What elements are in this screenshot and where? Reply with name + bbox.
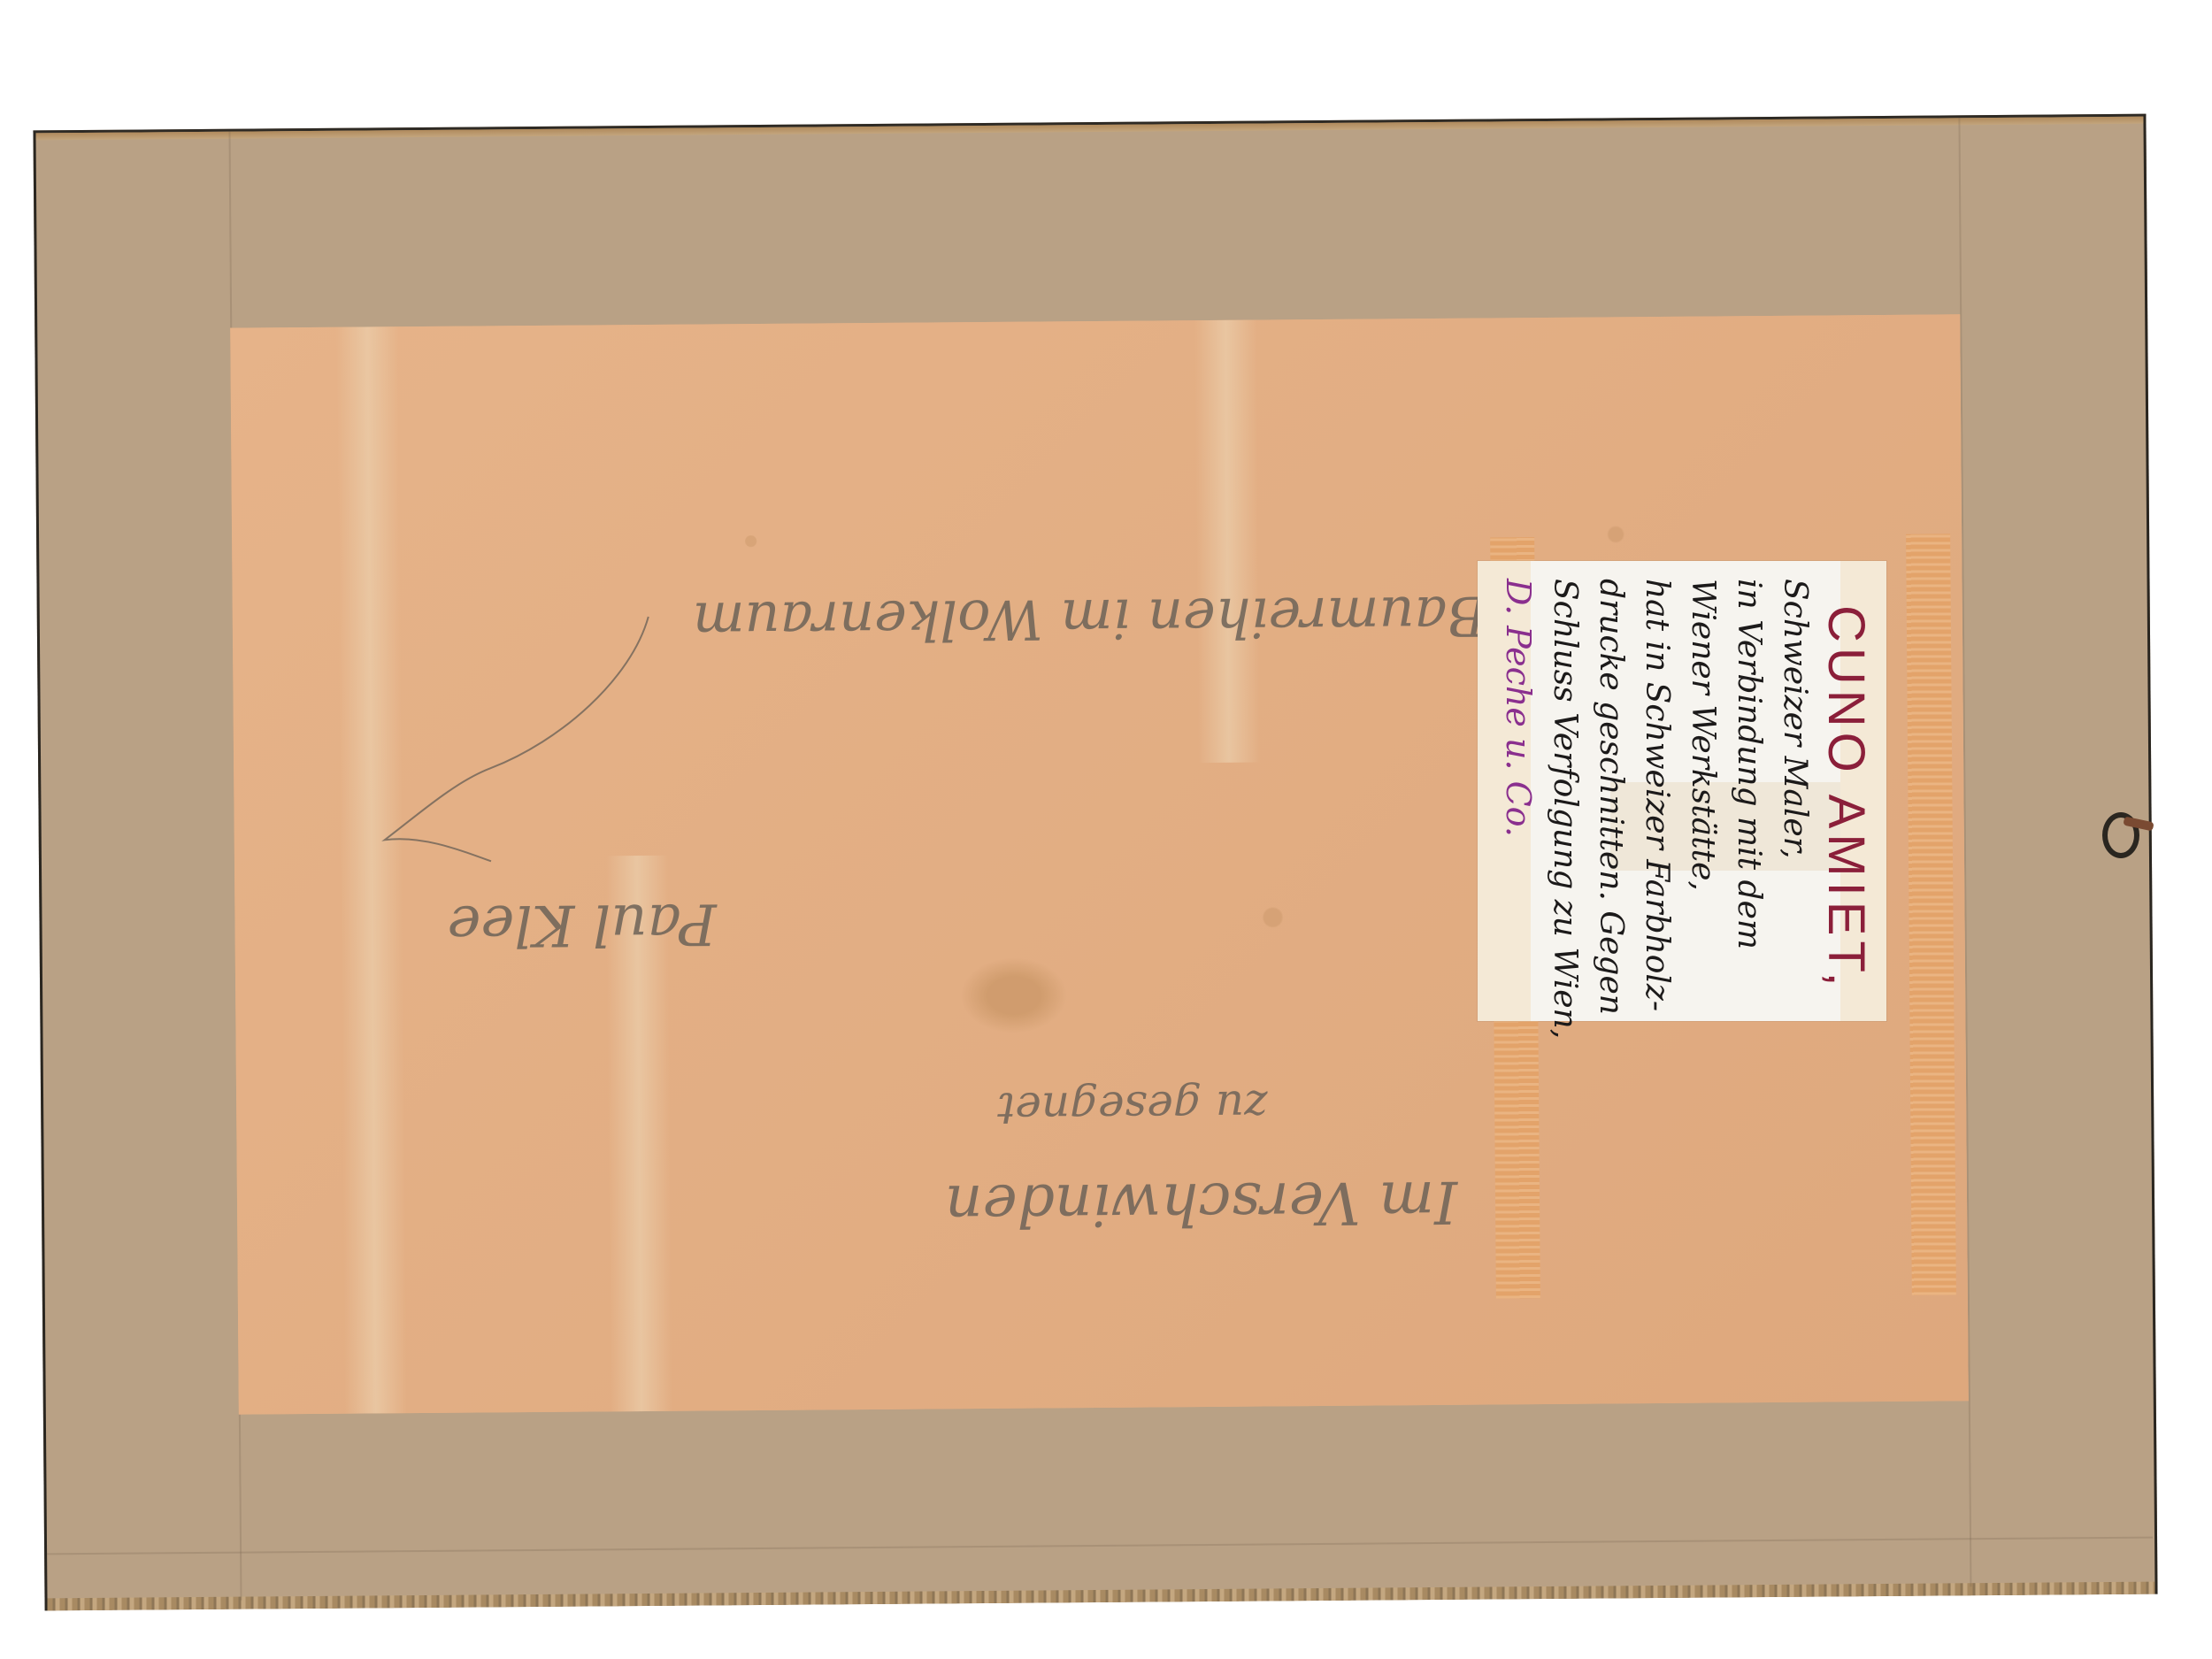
tape-strip-right [1906, 534, 1956, 1294]
label-title: CUNO AMIET, [1817, 605, 1874, 1003]
label-line: Wiener Werkstätte, [1679, 579, 1725, 1003]
pencil-stroke [365, 608, 668, 876]
pencil-note-line-2: zu gesegnet [997, 1080, 1268, 1133]
label-text-block: CUNO AMIET, Schweizer Maler, in Verbindu… [1478, 561, 1886, 1021]
board-top-edge [35, 117, 2143, 141]
pencil-signature: Paul Klee [447, 890, 717, 957]
board-bottom-edge [47, 1582, 2154, 1611]
paper-scuff [1194, 320, 1260, 764]
pencil-note-line-1: Im Verschwinden [945, 1168, 1458, 1240]
handwritten-label: CUNO AMIET, Schweizer Maler, in Verbindu… [1478, 561, 1886, 1021]
label-signature: D. Peche u. Co. [1495, 579, 1541, 1003]
label-line: drucke geschnitten. Gegen [1587, 579, 1633, 1003]
tape-seam-bottom [47, 1537, 2153, 1555]
label-line: in Verbindung mit dem [1725, 579, 1771, 1003]
label-line: Schluss Verfolgung zu Wien, [1541, 579, 1587, 1003]
label-line: Schweizer Maler, [1771, 579, 1817, 1003]
label-line: hat in Schweizer Farbholz- [1633, 579, 1679, 1003]
pencil-title-inscription: Baumreihen im Wolkenraum [693, 584, 1488, 655]
